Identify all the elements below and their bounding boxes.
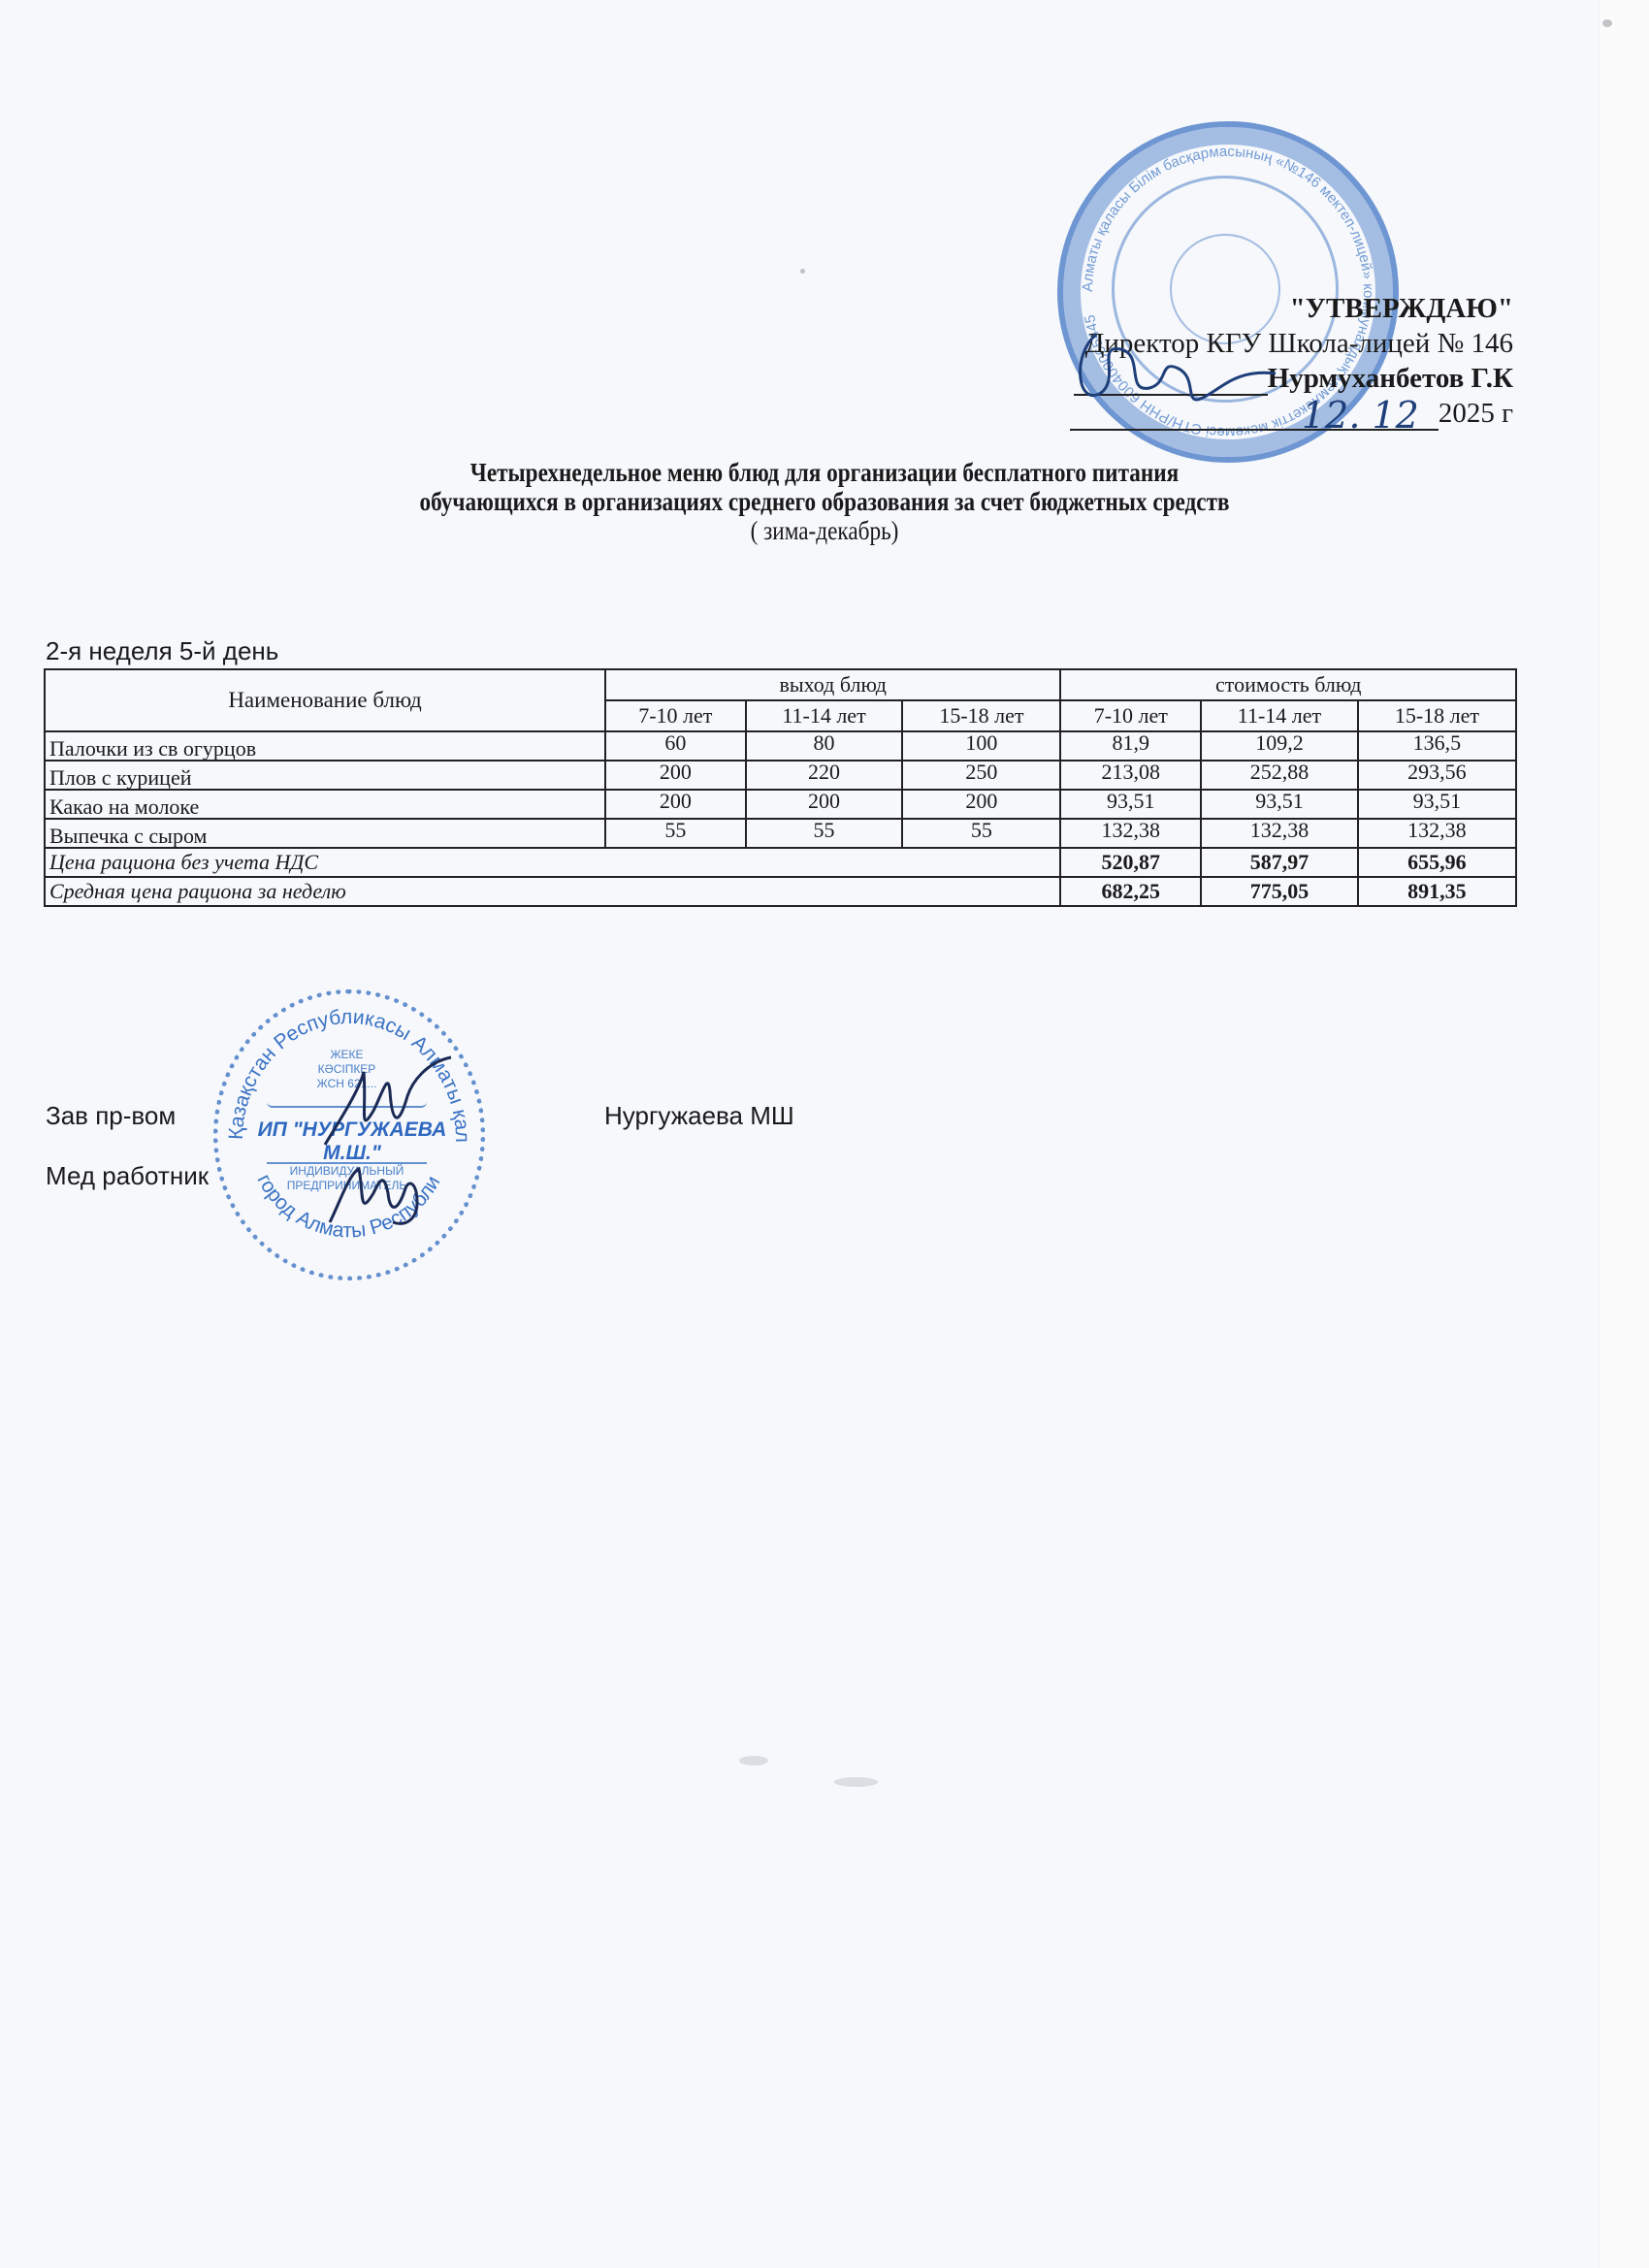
col-header-dish-name: Наименование блюд (45, 669, 605, 731)
yield-cell: 200 (902, 790, 1060, 819)
summary-value: 891,35 (1358, 877, 1516, 906)
yield-cell: 60 (605, 731, 746, 761)
scan-speck (800, 269, 805, 274)
cost-cell: 109,2 (1201, 731, 1358, 761)
table-row: Выпечка с сыром555555132,38132,38132,38 (45, 819, 1516, 848)
approver-name: Нурмуханбетов Г.К (1268, 361, 1513, 396)
table-row: Палочки из св огурцов608010081,9109,2136… (45, 731, 1516, 761)
col-header-cost-age: 7-10 лет (1060, 700, 1201, 731)
dish-name: Какао на молоке (45, 790, 605, 819)
cost-cell: 93,51 (1201, 790, 1358, 819)
yield-cell: 55 (605, 819, 746, 848)
cost-cell: 252,88 (1201, 761, 1358, 790)
table-row: Какао на молоке20020020093,5193,5193,51 (45, 790, 1516, 819)
yield-cell: 200 (605, 761, 746, 790)
col-header-cost-age: 11-14 лет (1201, 700, 1358, 731)
head-of-production-label: Зав пр-вом (46, 1101, 176, 1131)
scan-speck (739, 1756, 768, 1766)
title-line-1: Четырехнедельное меню блюд для организац… (115, 458, 1534, 487)
cost-cell: 93,51 (1358, 790, 1516, 819)
summary-value: 520,87 (1060, 848, 1201, 877)
yield-cell: 55 (746, 819, 903, 848)
yield-cell: 200 (605, 790, 746, 819)
summary-value: 587,97 (1201, 848, 1358, 877)
col-group-yield: выход блюд (605, 669, 1060, 700)
cost-cell: 136,5 (1358, 731, 1516, 761)
yield-cell: 100 (902, 731, 1060, 761)
cost-cell: 293,56 (1358, 761, 1516, 790)
yield-cell: 55 (902, 819, 1060, 848)
title-line-2: обучающихся в организациях среднего обра… (115, 487, 1534, 516)
scan-speck (1602, 19, 1612, 27)
summary-value: 655,96 (1358, 848, 1516, 877)
handwritten-date: 12. 12 (1302, 398, 1419, 433)
cost-cell: 132,38 (1358, 819, 1516, 848)
cost-cell: 132,38 (1060, 819, 1201, 848)
cost-cell: 93,51 (1060, 790, 1201, 819)
head-signature (320, 1053, 456, 1159)
col-header-cost-age: 15-18 лет (1358, 700, 1516, 731)
head-of-production-name: Нургужаева МШ (604, 1101, 794, 1131)
document-title: Четырехнедельное меню блюд для организац… (0, 458, 1649, 545)
col-header-yield-age: 15-18 лет (902, 700, 1060, 731)
table-row: Плов с курицей200220250213,08252,88293,5… (45, 761, 1516, 790)
cost-cell: 81,9 (1060, 731, 1201, 761)
yield-cell: 80 (746, 731, 903, 761)
summary-value: 775,05 (1201, 877, 1358, 906)
approval-year: 2025 г (1439, 396, 1513, 431)
yield-cell: 250 (902, 761, 1060, 790)
dish-name: Выпечка с сыром (45, 819, 605, 848)
menu-table: Наименование блюд выход блюд стоимость б… (44, 668, 1517, 907)
director-signature (1067, 315, 1290, 422)
col-header-yield-age: 7-10 лет (605, 700, 746, 731)
title-season: ( зима-декабрь) (115, 516, 1534, 545)
cost-cell: 213,08 (1060, 761, 1201, 790)
dish-name: Плов с курицей (45, 761, 605, 790)
summary-row: Цена рациона без учета НДС520,87587,9765… (45, 848, 1516, 877)
medical-worker-label: Мед работник (46, 1161, 209, 1191)
summary-label: Цена рациона без учета НДС (45, 848, 1060, 877)
yield-cell: 200 (746, 790, 903, 819)
scan-page-edge (1599, 0, 1649, 2268)
week-day-label: 2-я неделя 5-й день (46, 636, 278, 666)
col-group-cost: стоимость блюд (1060, 669, 1516, 700)
summary-row: Средная цена рациона за неделю682,25775,… (45, 877, 1516, 906)
dish-name: Палочки из св огурцов (45, 731, 605, 761)
summary-value: 682,25 (1060, 877, 1201, 906)
scan-speck (834, 1777, 878, 1787)
col-header-yield-age: 11-14 лет (746, 700, 903, 731)
summary-label: Средная цена рациона за неделю (45, 877, 1060, 906)
cost-cell: 132,38 (1201, 819, 1358, 848)
yield-cell: 220 (746, 761, 903, 790)
medic-signature (320, 1154, 436, 1232)
